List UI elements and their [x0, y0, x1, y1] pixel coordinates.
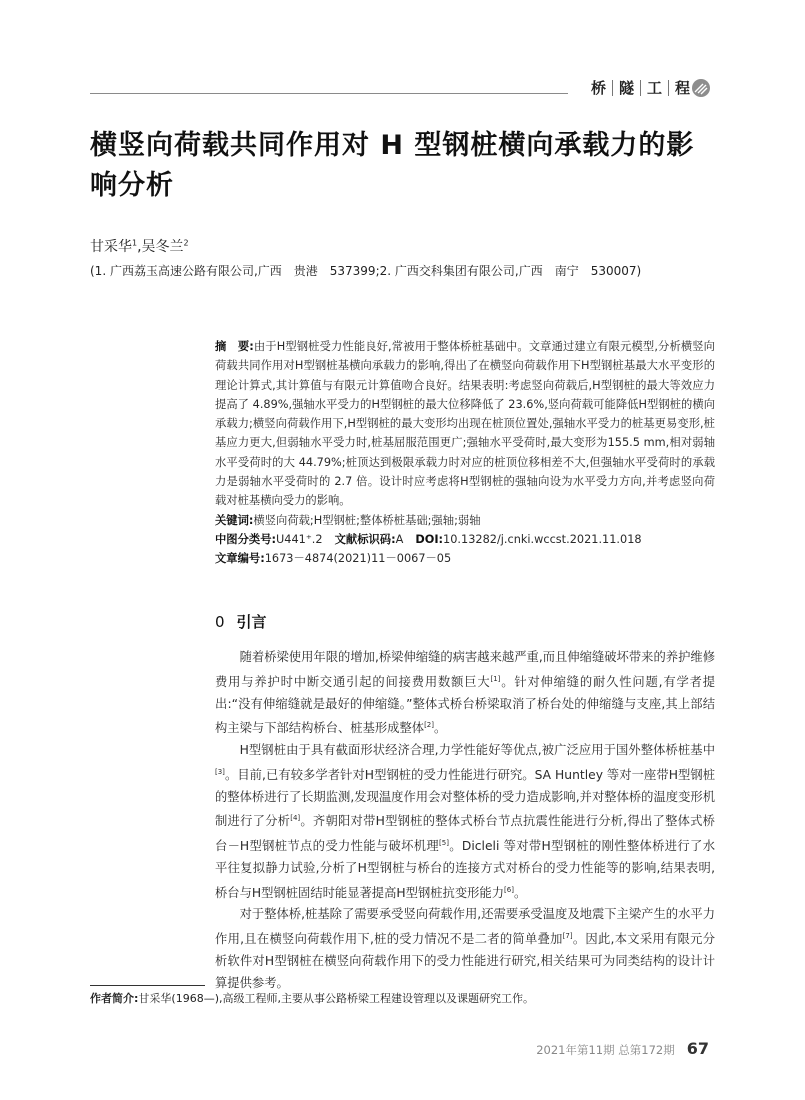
citation-ref[interactable]: [4] — [290, 814, 300, 822]
author-line: 甘采华1,吴冬兰2 — [90, 236, 189, 256]
citation-ref[interactable]: [5] — [439, 839, 449, 847]
article-title: 横竖向荷载共同作用对 H 型钢桩横向承载力的影响分析 — [90, 126, 710, 206]
section-heading: 0引言 — [215, 611, 267, 632]
doc-code-label: 文献标识码: — [335, 533, 396, 546]
footnote-rule — [90, 985, 205, 986]
classification-line: 中图分类号:U441⁺.2文献标识码:ADOI:10.13282/j.cnki.… — [215, 530, 715, 549]
footnote-text: 甘采华(1968—),高级工程师,主要从事公路桥梁工程建设管理以及课题研究工作。 — [138, 992, 534, 1005]
section-char: 隧 — [613, 77, 640, 98]
journal-logo-icon — [692, 79, 710, 97]
abstract-text: 由于H型钢桩受力性能良好,常被用于整体桥桩基础中。文章通过建立有限元模型,分析横… — [215, 340, 715, 507]
issue-info: 2021年第11期 总第172期 — [536, 1042, 675, 1058]
header-rule — [90, 93, 568, 94]
clc-value: U441⁺.2 — [276, 533, 323, 546]
citation-ref[interactable]: [2] — [424, 721, 434, 729]
abstract-label: 摘 要: — [215, 340, 254, 353]
keywords-label: 关键词: — [215, 514, 253, 527]
paragraph: 对于整体桥,桩基除了需要承受竖向荷载作用,还需要承受温度及地震下主梁产生的水平力… — [215, 904, 715, 994]
citation-ref[interactable]: [3] — [215, 768, 225, 776]
section-char: 桥 — [585, 77, 612, 98]
paragraph: 随着桥梁使用年限的增加,桥梁伸缩缝的病害越来越严重,而且伸缩缝破坏带来的养护维修… — [215, 647, 715, 740]
doc-code-value: A — [396, 533, 404, 546]
affiliation-mark: 2 — [184, 238, 189, 247]
text-run: 。 — [514, 886, 526, 900]
paragraph: H型钢桩由于具有截面形状经济合理,力学性能好等优点,被广泛应用于国外整体桥桩基中… — [215, 740, 715, 904]
footnote-label: 作者简介: — [90, 992, 138, 1005]
section-char: 工 — [641, 77, 668, 98]
author-name: 吴冬兰 — [142, 239, 184, 255]
text-run: 。 — [434, 721, 446, 735]
citation-ref[interactable]: [7] — [563, 932, 573, 940]
citation-ref[interactable]: [6] — [504, 886, 514, 894]
abstract: 摘 要:由于H型钢桩受力性能良好,常被用于整体桥桩基础中。文章通过建立有限元模型… — [215, 337, 715, 511]
section-label: 桥 隧 工 程 — [585, 77, 696, 98]
page-footer: 2021年第11期 总第172期 67 — [536, 1039, 709, 1058]
article-number-label: 文章编号: — [215, 552, 265, 565]
body-text: 随着桥梁使用年限的增加,桥梁伸缩缝的病害越来越严重,而且伸缩缝破坏带来的养护维修… — [215, 647, 715, 994]
keywords: 关键词:横竖向荷载;H型钢桩;整体桥桩基础;强轴;弱轴 — [215, 511, 715, 530]
page-number: 67 — [687, 1039, 709, 1058]
keywords-text: 横竖向荷载;H型钢桩;整体桥桩基础;强轴;弱轴 — [253, 514, 480, 527]
affiliations: (1. 广西荔玉高速公路有限公司,广西 贵港 537399;2. 广西交科集团有… — [90, 262, 641, 279]
article-number: 文章编号:1673－4874(2021)11－0067－05 — [215, 549, 715, 568]
text-run: H型钢桩由于具有截面形状经济合理,力学性能好等优点,被广泛应用于国外整体桥桩基中 — [240, 743, 715, 757]
clc-label: 中图分类号: — [215, 533, 276, 546]
article-number-value: 1673－4874(2021)11－0067－05 — [265, 552, 451, 565]
citation-ref[interactable]: [1] — [490, 675, 500, 683]
section-number: 0 — [215, 613, 225, 631]
section-title: 引言 — [237, 613, 267, 631]
doi-label: DOI: — [415, 533, 443, 546]
doi-value[interactable]: 10.13282/j.cnki.wccst.2021.11.018 — [443, 533, 642, 546]
abstract-block: 摘 要:由于H型钢桩受力性能良好,常被用于整体桥桩基础中。文章通过建立有限元模型… — [215, 337, 715, 569]
author-name: 甘采华 — [90, 239, 132, 255]
author-bio-footnote: 作者简介:甘采华(1968—),高级工程师,主要从事公路桥梁工程建设管理以及课题… — [90, 990, 534, 1006]
